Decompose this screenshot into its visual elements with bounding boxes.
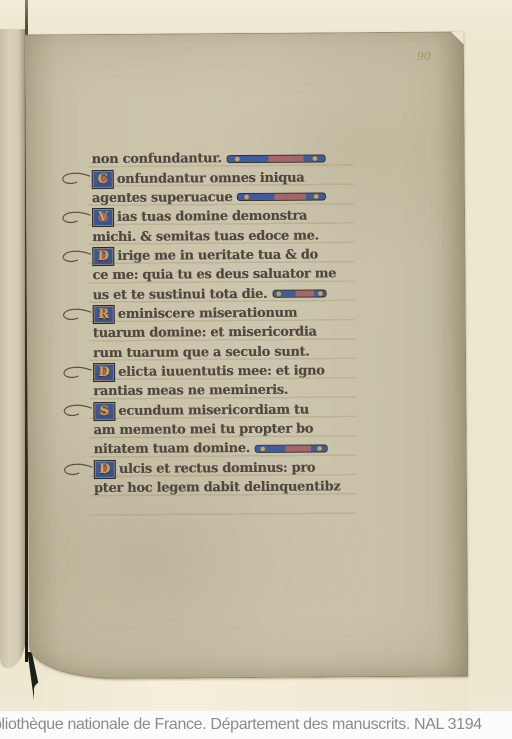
- manuscript-line: michi. & semitas tuas edoce me.: [92, 226, 336, 247]
- manuscript-text: us et te sustinui tota die.: [93, 287, 268, 301]
- illuminated-initial: S: [93, 402, 115, 421]
- manuscript-line: Secundum misericordiam tu: [93, 400, 337, 421]
- manuscript-line: rantias meas ne memineris.: [93, 380, 337, 401]
- manuscript-line: ce me: quia tu es deus saluator me: [92, 264, 336, 285]
- illuminated-initial: D: [92, 247, 114, 266]
- manuscript-line: nitatem tuam domine.: [94, 439, 338, 460]
- manuscript-text: ulcis et rectus dominus: pro: [119, 461, 316, 475]
- screenshot-root: 90 non confundantur.Confundantur omnes i…: [0, 0, 512, 739]
- line-filler: [255, 444, 328, 453]
- manuscript-line: tuarum domine: et misericordia: [93, 322, 337, 343]
- manuscript-line: Dirige me in ueritate tua & do: [92, 245, 336, 266]
- manuscript-text: onfundantur omnes iniqua: [117, 171, 305, 185]
- manuscript-line: am memento mei tu propter bo: [93, 419, 337, 440]
- manuscript-text: michi. & semitas tuas edoce me.: [92, 229, 319, 244]
- line-filler: [227, 154, 326, 163]
- illuminated-initial: C: [92, 169, 114, 188]
- manuscript-text: am memento mei tu propter bo: [93, 423, 313, 438]
- illuminated-initial: R: [93, 305, 115, 324]
- manuscript-text: rum tuarum que a seculo sunt.: [93, 345, 310, 360]
- manuscript-page: 90 non confundantur.Confundantur omnes i…: [25, 31, 468, 679]
- manuscript-line: pter hoc legem dabit delinquentibz: [94, 477, 338, 498]
- manuscript-text: nitatem tuam domine.: [94, 442, 250, 456]
- manuscript-line: agentes superuacue: [92, 187, 336, 208]
- manuscript-text: pter hoc legem dabit delinquentibz: [94, 480, 340, 495]
- facing-page-edge: [0, 29, 26, 668]
- manuscript-text: ecundum misericordiam tu: [118, 403, 309, 417]
- caption-text: bliothèque nationale de France. Départem…: [0, 716, 482, 734]
- illuminated-initial: D: [94, 460, 116, 479]
- manuscript-line: Reminiscere miserationum: [93, 303, 337, 324]
- manuscript-text: non confundantur.: [92, 152, 222, 166]
- manuscript-line: Vias tuas domine demonstra: [92, 206, 336, 227]
- manuscript-line: Confundantur omnes iniqua: [92, 168, 336, 189]
- pen-flourish-icon: [62, 308, 92, 322]
- manuscript-text: tuarum domine: et misericordia: [93, 326, 317, 341]
- manuscript-photo: 90 non confundantur.Confundantur omnes i…: [0, 0, 512, 711]
- line-filler: [272, 290, 326, 298]
- manuscript-text: irige me in ueritate tua & do: [117, 248, 318, 262]
- manuscript-line: non confundantur.: [92, 148, 336, 169]
- pen-flourish-icon: [61, 250, 91, 264]
- pen-flourish-icon: [63, 463, 93, 477]
- page-corner-cut: [451, 31, 464, 44]
- manuscript-line: us et te sustinui tota die.: [93, 284, 337, 305]
- pen-flourish-icon: [62, 405, 92, 419]
- line-filler: [237, 193, 326, 202]
- manuscript-text: elicta iuuentutis mee: et igno: [118, 364, 324, 378]
- manuscript-line: rum tuarum que a seculo sunt.: [93, 342, 337, 363]
- manuscript-text: ias tuas domine demonstra: [117, 210, 307, 224]
- caption-bar: bliothèque nationale de France. Départem…: [0, 711, 512, 739]
- under-pages-edge: [34, 675, 468, 711]
- pen-flourish-icon: [61, 172, 91, 186]
- manuscript-text: agentes superuacue: [92, 191, 233, 205]
- pen-flourish-icon: [62, 366, 92, 380]
- pen-flourish-icon: [61, 211, 91, 225]
- manuscript-text: rantias meas ne memineris.: [93, 384, 288, 398]
- illuminated-initial: D: [93, 363, 115, 382]
- folio-number: 90: [417, 50, 431, 63]
- manuscript-text: ce me: quia tu es deus saluator me: [92, 268, 336, 283]
- manuscript-text: eminiscere miserationum: [118, 307, 298, 321]
- manuscript-line: Dulcis et rectus dominus: pro: [94, 458, 338, 479]
- text-block: non confundantur.Confundantur omnes iniq…: [92, 148, 338, 498]
- illuminated-initial: V: [92, 208, 114, 227]
- manuscript-line: Delicta iuuentutis mee: et igno: [93, 361, 337, 382]
